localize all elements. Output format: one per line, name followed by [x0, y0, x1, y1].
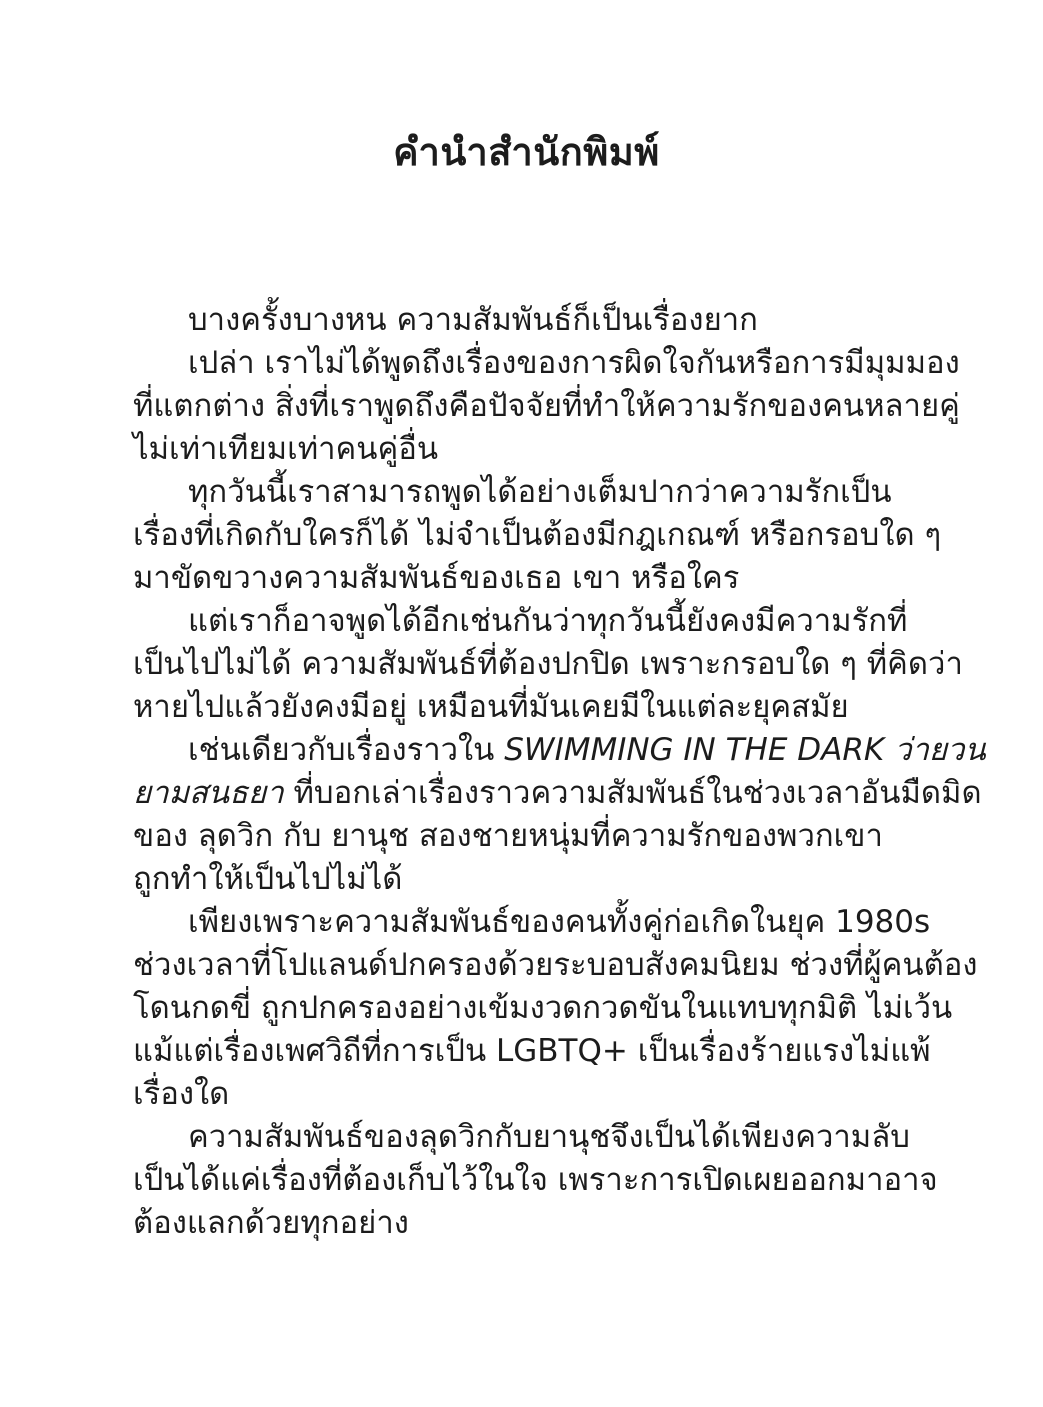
preface-body: บางครั้งบางหน ความสัมพันธ์ก็เป็นเรื่องยา… — [133, 299, 923, 1245]
body-text-run: เพียงเพราะความสัมพันธ์ของคนทั้งคู่ก่อเกิ… — [188, 904, 930, 940]
text-line: เช่นเดียวกับเรื่องราวใน SWIMMING IN THE … — [133, 729, 923, 772]
body-text-run: เป็นไปไม่ได้ ความสัมพันธ์ที่ต้องปกปิด เพ… — [133, 646, 963, 682]
body-text-run: ช่วงเวลาที่โปแลนด์ปกครองด้วยระบอบสังคมนิ… — [133, 947, 978, 983]
text-line: หายไปแล้วยังคงมีอยู่ เหมือนที่มันเคยมีใน… — [133, 686, 923, 729]
text-line: ช่วงเวลาที่โปแลนด์ปกครองด้วยระบอบสังคมนิ… — [133, 944, 923, 987]
text-line: ไม่เท่าเทียมเท่าคนคู่อื่น — [133, 428, 923, 471]
text-line: ความสัมพันธ์ของลุดวิกกับยานุชจึงเป็นได้เ… — [133, 1116, 923, 1159]
page-title: คำนำสำนักพิมพ์ — [133, 128, 920, 177]
body-text-run: โดนกดขี่ ถูกปกครองอย่างเข้มงวดกวดขันในแท… — [133, 990, 952, 1026]
body-text-run: เรื่องใด — [133, 1076, 229, 1112]
body-text-run: ที่บอกเล่าเรื่องราวความสัมพันธ์ในช่วงเวล… — [284, 775, 982, 811]
text-line: เรื่องที่เกิดกับใครก็ได้ ไม่จำเป็นต้องมี… — [133, 514, 923, 557]
text-line: เพียงเพราะความสัมพันธ์ของคนทั้งคู่ก่อเกิ… — [133, 901, 923, 944]
body-text-run: แต่เราก็อาจพูดได้อีกเช่นกันว่าทุกวันนี้ย… — [188, 603, 907, 639]
text-line: มาขัดขวางความสัมพันธ์ของเธอ เขา หรือใคร — [133, 557, 923, 600]
text-line: ทุกวันนี้เราสามารถพูดได้อย่างเต็มปากว่าค… — [133, 471, 923, 514]
text-line: ถูกทำให้เป็นไปไม่ได้ — [133, 858, 923, 901]
text-line: โดนกดขี่ ถูกปกครองอย่างเข้มงวดกวดขันในแท… — [133, 987, 923, 1030]
body-text-run: ที่แตกต่าง สิ่งที่เราพูดถึงคือปัจจัยที่ท… — [133, 388, 960, 424]
text-line: เรื่องใด — [133, 1073, 923, 1116]
body-text-run: เช่นเดียวกับเรื่องราวใน — [188, 732, 504, 768]
body-text-run: เปล่า เราไม่ได้พูดถึงเรื่องของการผิดใจกั… — [188, 345, 960, 381]
book-page: คำนำสำนักพิมพ์ บางครั้งบางหน ความสัมพันธ… — [0, 0, 1043, 1407]
text-line: เป็นไปไม่ได้ ความสัมพันธ์ที่ต้องปกปิด เพ… — [133, 643, 923, 686]
text-line: ของ ลุดวิก กับ ยานุช สองชายหนุ่มที่ความร… — [133, 815, 923, 858]
text-line: ที่แตกต่าง สิ่งที่เราพูดถึงคือปัจจัยที่ท… — [133, 385, 923, 428]
body-text-run: ความสัมพันธ์ของลุดวิกกับยานุชจึงเป็นได้เ… — [188, 1119, 910, 1155]
body-text-run: มาขัดขวางความสัมพันธ์ของเธอ เขา หรือใคร — [133, 560, 739, 596]
book-title-text: ยามสนธยา — [133, 775, 284, 811]
body-text-run: เรื่องที่เกิดกับใครก็ได้ ไม่จำเป็นต้องมี… — [133, 517, 941, 553]
book-title-text: SWIMMING IN THE DARK ว่ายวน — [504, 732, 985, 768]
body-text-run: ไม่เท่าเทียมเท่าคนคู่อื่น — [133, 431, 438, 467]
text-line: บางครั้งบางหน ความสัมพันธ์ก็เป็นเรื่องยา… — [133, 299, 923, 342]
body-text-run: ทุกวันนี้เราสามารถพูดได้อย่างเต็มปากว่าค… — [188, 474, 892, 510]
body-text-run: ต้องแลกด้วยทุกอย่าง — [133, 1205, 409, 1241]
body-text-run: ถูกทำให้เป็นไปไม่ได้ — [133, 861, 402, 897]
text-line: เป็นได้แค่เรื่องที่ต้องเก็บไว้ในใจ เพราะ… — [133, 1159, 923, 1202]
text-line: ยามสนธยา ที่บอกเล่าเรื่องราวความสัมพันธ์… — [133, 772, 923, 815]
body-text-run: บางครั้งบางหน ความสัมพันธ์ก็เป็นเรื่องยา… — [188, 302, 758, 338]
body-text-run: หายไปแล้วยังคงมีอยู่ เหมือนที่มันเคยมีใน… — [133, 689, 849, 725]
body-text-run: ของ ลุดวิก กับ ยานุช สองชายหนุ่มที่ความร… — [133, 818, 883, 854]
body-text-run: เป็นได้แค่เรื่องที่ต้องเก็บไว้ในใจ เพราะ… — [133, 1162, 938, 1198]
text-line: แต่เราก็อาจพูดได้อีกเช่นกันว่าทุกวันนี้ย… — [133, 600, 923, 643]
text-line: แม้แต่เรื่องเพศวิถีที่การเป็น LGBTQ+ เป็… — [133, 1030, 923, 1073]
text-line: เปล่า เราไม่ได้พูดถึงเรื่องของการผิดใจกั… — [133, 342, 923, 385]
body-text-run: แม้แต่เรื่องเพศวิถีที่การเป็น LGBTQ+ เป็… — [133, 1033, 931, 1069]
text-line: ต้องแลกด้วยทุกอย่าง — [133, 1202, 923, 1245]
